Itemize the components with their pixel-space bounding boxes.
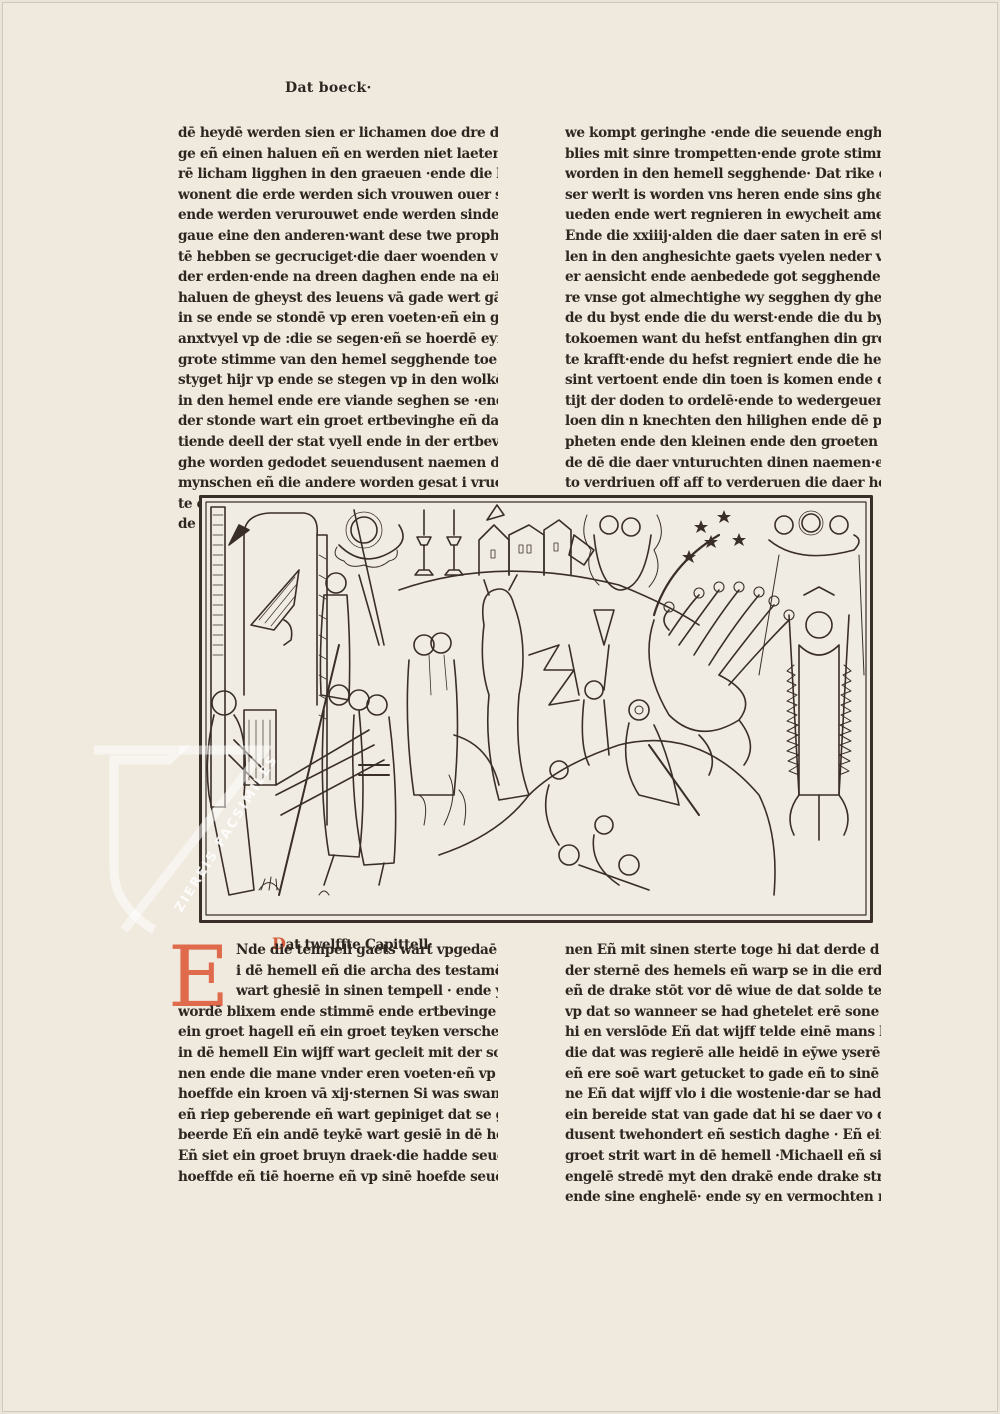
text-line: Nde die tempell gaets wart vpgedaē — [178, 940, 498, 961]
text-line: Eñ siet ein groet bruyn draek·die hadde … — [178, 1146, 498, 1167]
text-line: hoeffde eñ tiē hoerne eñ vp sinē hoefde … — [178, 1167, 498, 1188]
text-line: hoeffde ein kroen vā xij·sternen Si was … — [178, 1084, 498, 1105]
text-line: worden in den hemell segghende· Dat rike… — [565, 164, 881, 185]
text-line: ein bereide stat van gade dat hi se daer… — [565, 1105, 881, 1126]
text-line: groet strit wart in dē hemell ·Michaell … — [565, 1146, 881, 1167]
text-line: eñ riep geberende eñ wart gepiniget dat … — [178, 1105, 498, 1126]
lower-right-column: nen Eñ mit sinen sterte toge hi dat derd… — [565, 940, 881, 1208]
text-line: tokoemen want du hefst entfanghen din gr… — [565, 329, 881, 350]
text-line: dē heydē werden sien er lichamen doe dre… — [178, 123, 498, 144]
text-line: engelē stredē myt den drakē ende drake s… — [565, 1167, 881, 1188]
text-line: ein groet hagell eñ ein groet teyken ver… — [178, 1022, 498, 1043]
text-line: Ende die xxiiij·alden die daer saten in … — [565, 226, 881, 247]
text-line: to verdriuen off aff to verderuen die da… — [565, 473, 881, 494]
text-line: hi en verslōde Eñ dat wijff telde einē m… — [565, 1022, 881, 1043]
text-line: ende werden verurouwet ende werden sinde… — [178, 205, 498, 226]
text-line: ne Eñ dat wijff vlo i die wostenie·dar s… — [565, 1084, 881, 1105]
text-line: eñ de drake stōt vor dē wiue de dat sold… — [565, 981, 881, 1002]
lower-left-column: Nde die tempell gaets wart vpgedaē i dē … — [178, 940, 498, 1187]
text-line: er aensicht ende aenbedede got segghende… — [565, 267, 881, 288]
text-line: blies mit sinre trompetten·ende grote st… — [565, 144, 881, 165]
upper-right-column: we kompt geringhe ·ende die seuende engh… — [565, 123, 881, 514]
text-line: ser werlt is worden vns heren ende sins … — [565, 185, 881, 206]
text-line: sint vertoent ende din toen is komen end… — [565, 370, 881, 391]
text-line: de dē die daer vnturuchten dinen naemen·… — [565, 453, 881, 474]
text-line: nen ende die mane vnder eren voeten·eñ v… — [178, 1064, 498, 1085]
text-line: te krafft·ende du hefst regniert ende di… — [565, 350, 881, 371]
text-line: wonent die erde werden sich vrouwen ouer… — [178, 185, 498, 206]
woodcut-illustration — [199, 495, 873, 923]
text-line: in dē hemell Ein wijff wart gecleit mit … — [178, 1043, 498, 1064]
upper-left-column: dē heydē werden sien er lichamen doe dre… — [178, 123, 498, 535]
facsimile-page: Dat boeck· dē heydē werden sien er licha… — [2, 2, 998, 1412]
text-line: anxtvyel vp de :die se segen·eñ se hoerd… — [178, 329, 498, 350]
text-line: we kompt geringhe ·ende die seuende engh… — [565, 123, 881, 144]
text-line: tē hebben se gecruciget·die daer woenden… — [178, 247, 498, 268]
text-line: pheten ende den kleinen ende den groeten… — [565, 432, 881, 453]
text-line: de du byst ende die du werst·ende die du… — [565, 308, 881, 329]
text-line: ge eñ einen haluen eñ en werden niet lae… — [178, 144, 498, 165]
text-line: wordē blixem ende stimmē ende ertbevinge… — [178, 1002, 498, 1023]
text-line: gaue eine den anderen·want dese twe prop… — [178, 226, 498, 247]
text-line: tiende deell der stat vyell ende in der … — [178, 432, 498, 453]
text-line: beerde Eñ ein andē teykē wart gesiē in d… — [178, 1125, 498, 1146]
text-line: in se ende se stondē vp eren voeten·eñ e… — [178, 308, 498, 329]
text-line: ueden ende wert regnieren in ewycheit am… — [565, 205, 881, 226]
text-line: die dat was regierē alle heidē in eȳwe y… — [565, 1043, 881, 1064]
text-line: vp dat so wanneer se had ghetelet erē so… — [565, 1002, 881, 1023]
text-line: der erden·ende na dreen daghen ende na e… — [178, 267, 498, 288]
text-line: rē licham ligghen in den graeuen ·ende d… — [178, 164, 498, 185]
text-line: ende sine enghelē· ende sy en vermochten… — [565, 1187, 881, 1208]
text-line: styget hijr vp ende se stegen vp in den … — [178, 370, 498, 391]
text-line: wart ghesiē in sinen tempell · ende yd — [178, 981, 498, 1002]
text-line: nen Eñ mit sinen sterte toge hi dat derd… — [565, 940, 881, 961]
text-line: loen din n knechten den hilighen ende dē… — [565, 411, 881, 432]
text-line: mynschen eñ die andere worden gesat i vr… — [178, 473, 498, 494]
text-line: tijt der doden to ordelē·ende to wederge… — [565, 391, 881, 412]
text-line: eñ ere soē wart getucket to gade eñ to s… — [565, 1064, 881, 1085]
text-line: i dē hemell eñ die archa des testamēts — [178, 961, 498, 982]
text-line: dusent twehondert eñ sestich daghe · Eñ … — [565, 1125, 881, 1146]
text-line: der sternē des hemels eñ warp se in die … — [565, 961, 881, 982]
text-line: haluen de gheyst des leuens vā gade wert… — [178, 288, 498, 309]
text-line: grote stimme van den hemel segghende toe… — [178, 350, 498, 371]
text-line: in den hemel ende ere viande seghen se ·… — [178, 391, 498, 412]
text-line: der stonde wart ein groet ertbevinghe eñ… — [178, 411, 498, 432]
text-line: re vnse got almechtighe wy segghen dy gh… — [565, 288, 881, 309]
running-head: Dat boeck· — [285, 80, 372, 96]
text-line: len in den anghesichte gaets vyelen nede… — [565, 247, 881, 268]
text-line: ghe worden gedodet seuendusent naemen de… — [178, 453, 498, 474]
